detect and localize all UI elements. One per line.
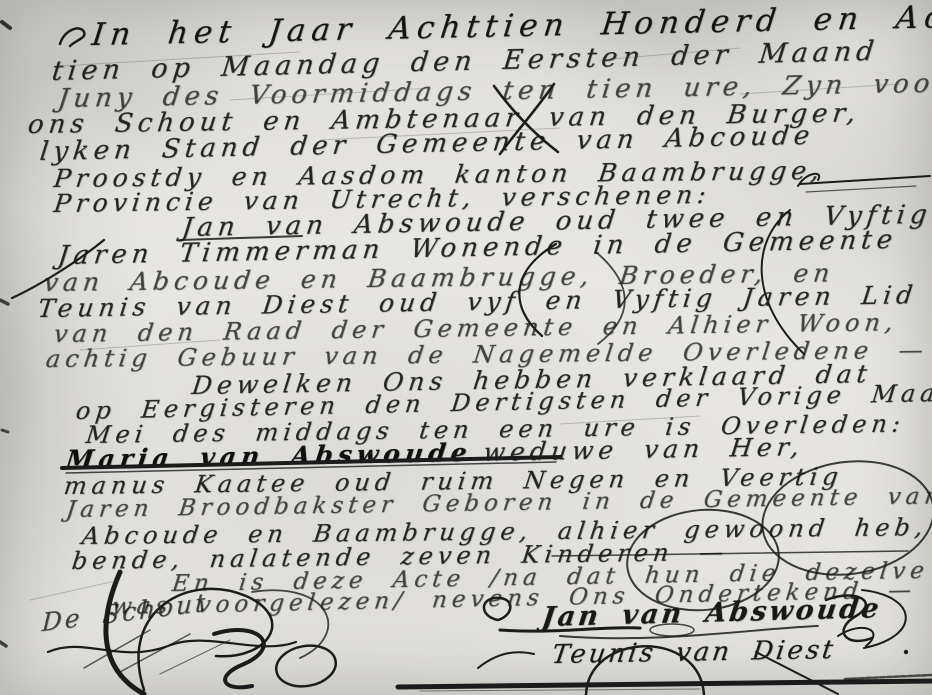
schout-flourish-curl (214, 630, 264, 687)
left-edge-mark-1 (2, 22, 10, 28)
schout-flourish-stem (106, 572, 144, 694)
signature-teunis-van-diest: Teunis van Diest (550, 637, 837, 668)
schout-flourish-circle (273, 641, 339, 691)
schout-signature-slash-3 (160, 640, 230, 674)
left-edge-mark-3 (2, 430, 8, 432)
bottom-heavy-rule (398, 681, 932, 687)
left-edge-mark-2 (0, 300, 8, 304)
manuscript-line-17-rest: weduwe van Her, (482, 432, 806, 467)
left-edge-mark-4 (0, 642, 6, 646)
schout-signature-scribble (48, 641, 296, 653)
schout-signature-slash-2 (120, 634, 190, 672)
teunis-signature-lead-stroke (478, 652, 534, 668)
document-page: In het Jaar Achttien Honderd en Acht, ti… (0, 0, 932, 695)
witness-signature-knot-2 (838, 628, 873, 646)
signature-jan-van-abswoude: Jan van Abswoude (540, 595, 883, 631)
verschenen-dash-2 (806, 186, 916, 192)
schout-signature-slash-1 (84, 630, 150, 668)
pencil-scratch-8 (30, 580, 120, 600)
bottom-rule-thin (420, 689, 700, 691)
opening-flourish-mark (60, 28, 85, 46)
bottom-rule-hatching (845, 675, 932, 679)
ink-dot (904, 650, 908, 654)
